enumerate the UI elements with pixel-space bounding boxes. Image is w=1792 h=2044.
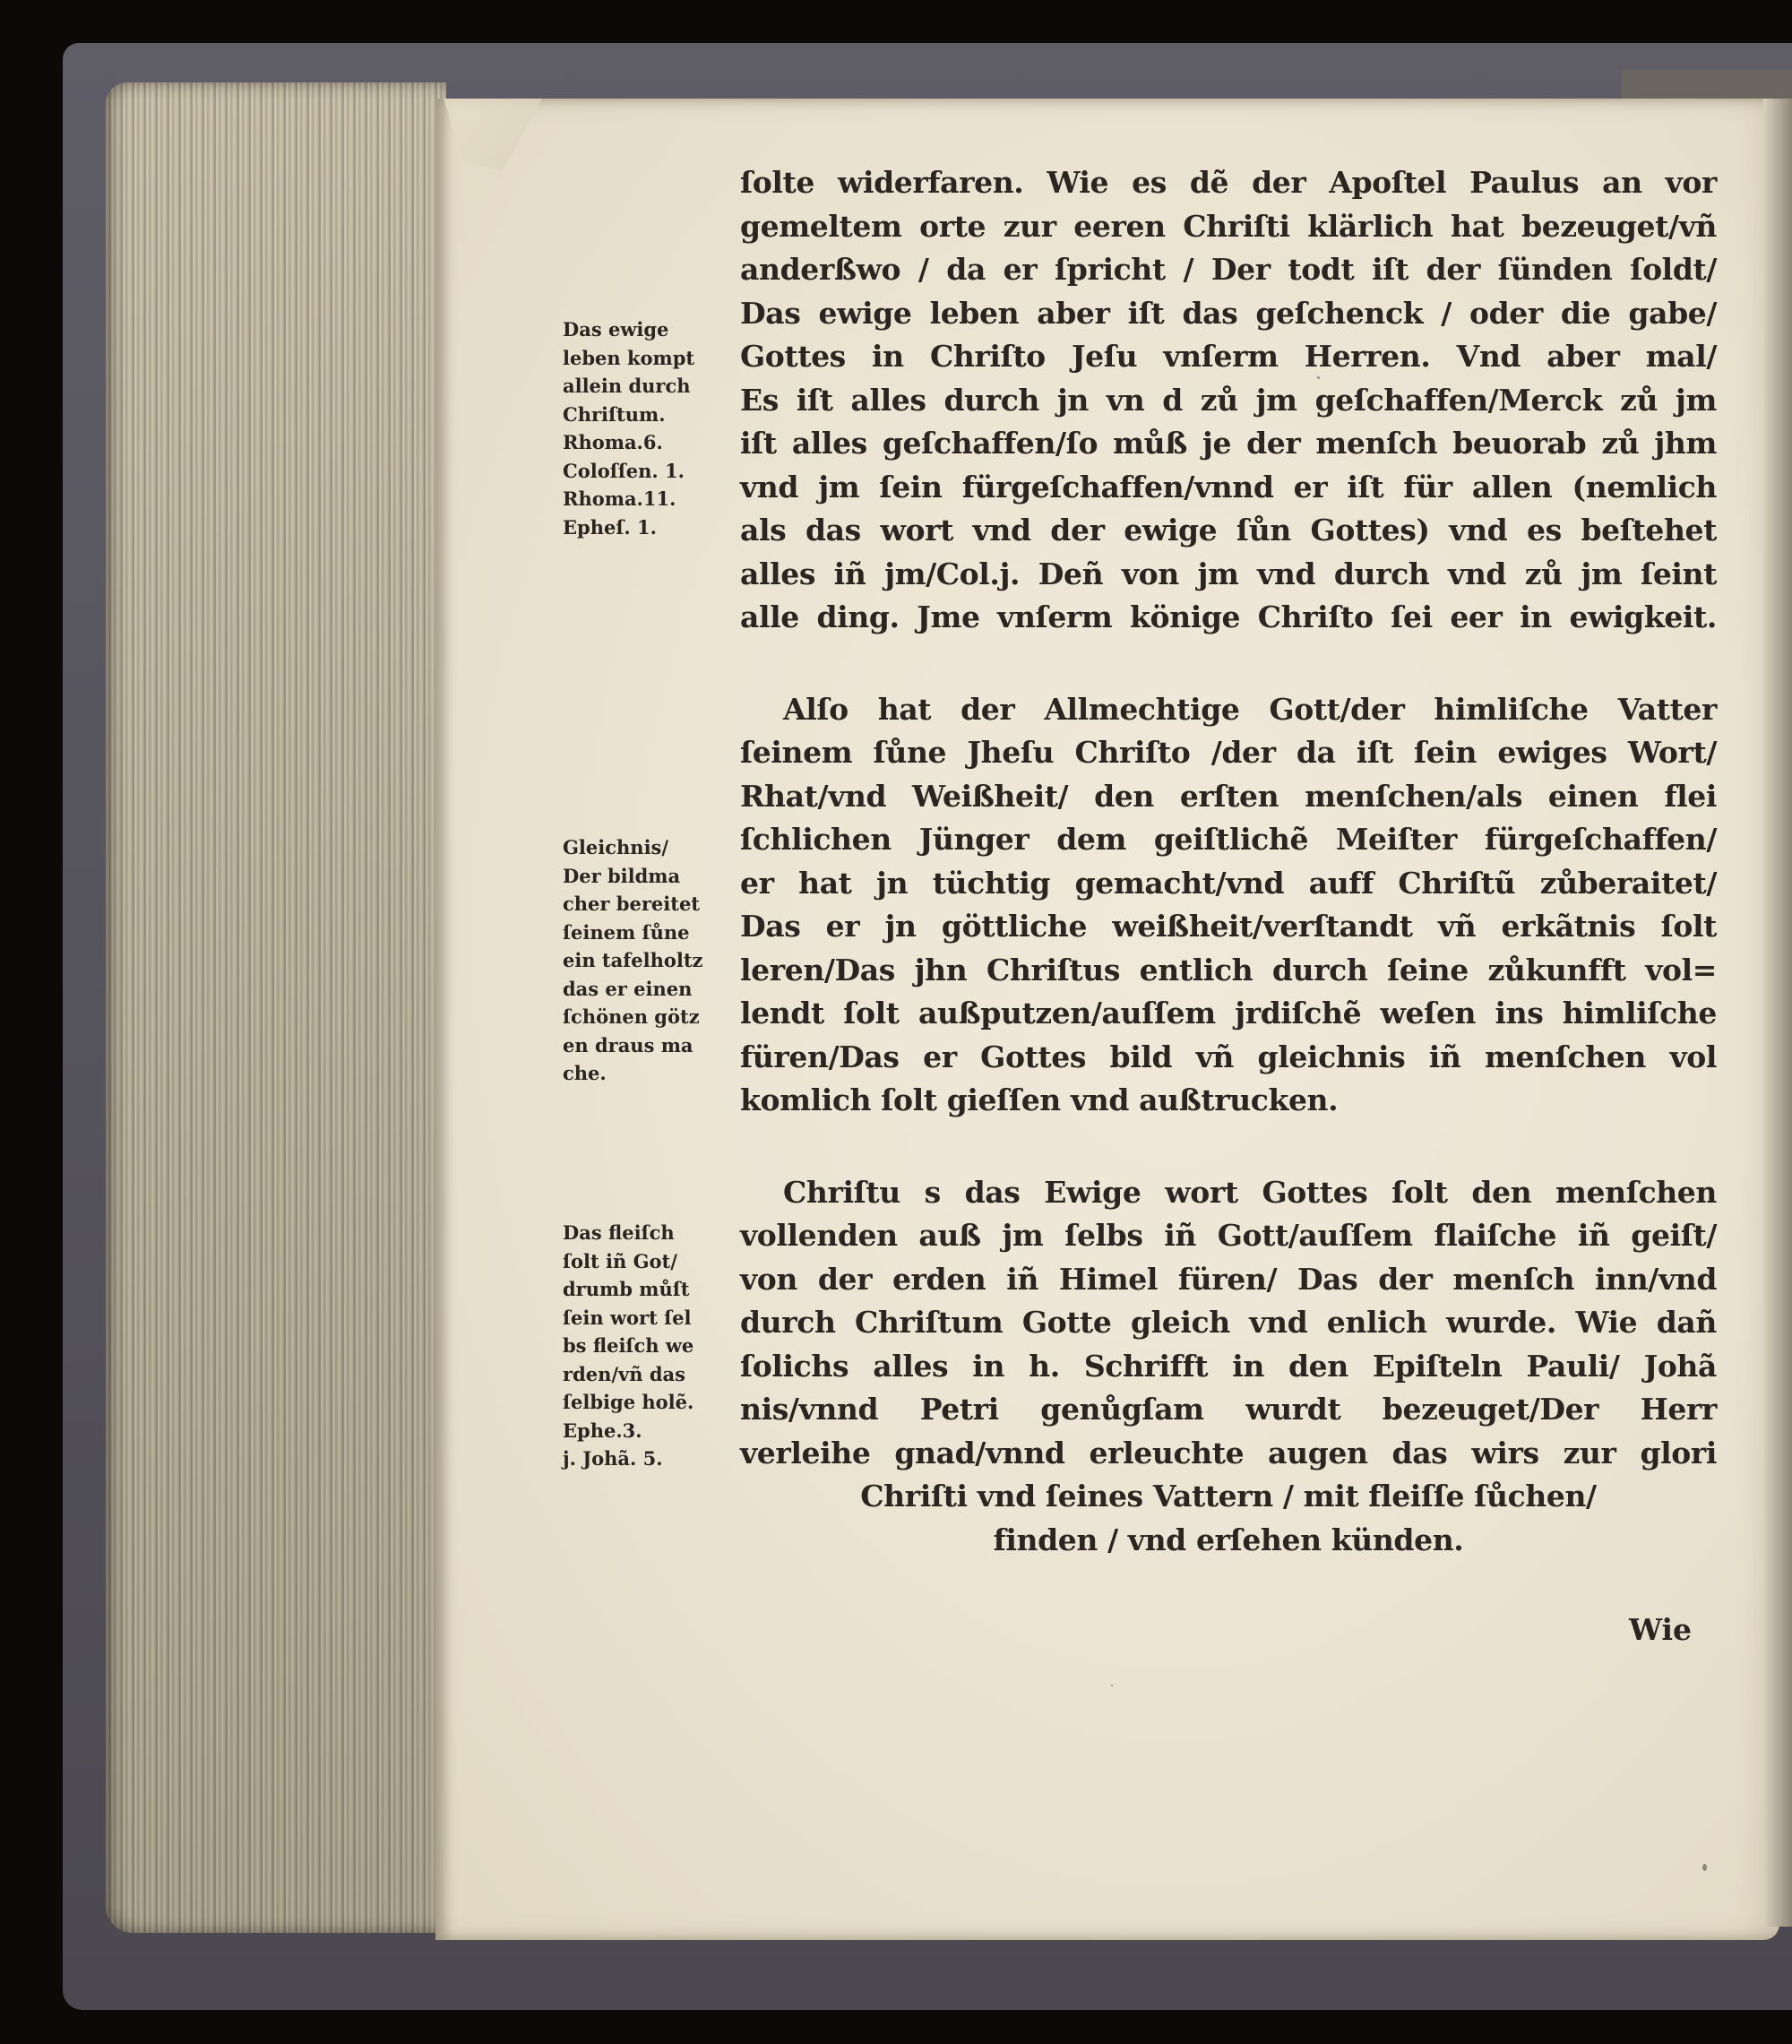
margin-note-line: bs fleiſch we <box>563 1332 742 1360</box>
text-line: komlich ſolt gieſſen vnd außtrucken. <box>740 1079 1717 1123</box>
margin-note-line: ſchönen götz <box>563 1003 742 1031</box>
text-line: füren/Das er Gottes bild vñ gleichnis iñ… <box>740 1036 1717 1080</box>
text-line: ſolichs alles in h. Schrifft in den Epiſ… <box>740 1345 1717 1389</box>
text-line: finden / vnd erſehen künden. <box>740 1519 1717 1563</box>
margin-note-line: che. <box>563 1059 742 1088</box>
paragraph-1: ſolte widerfaren. Wie es dẽ der Apoſtel … <box>740 161 1717 640</box>
text-line: durch Chriſtum Gotte gleich vnd enlich w… <box>740 1301 1717 1345</box>
paper-speck <box>1702 1864 1707 1871</box>
text-line: leren/Das jhn Chriſtus entlich durch ſei… <box>740 949 1717 993</box>
text-line: er hat jn tüchtig gemacht/vnd auff Chriſ… <box>740 862 1717 906</box>
margin-note-line: ſolt iñ Got/ <box>563 1247 742 1276</box>
margin-note-line: Rhoma.6. <box>563 428 742 457</box>
margin-note-line: allein durch <box>563 372 742 401</box>
margin-note-line: en draus ma <box>563 1031 742 1060</box>
text-line: Gottes in Chriſto Jeſu vnſerm Herren. Vn… <box>740 335 1717 379</box>
text-line: vollenden auß jm ſelbs iñ Gott/auſſem fl… <box>740 1214 1717 1258</box>
text-line: alles iñ jm/Col.j. Deñ von jm vnd durch … <box>740 553 1717 597</box>
text-line: verleihe gnad/vnnd erleuchte augen das w… <box>740 1432 1717 1476</box>
margin-note-line: Coloſſen. 1. <box>563 457 742 486</box>
margin-note-line: ein tafelholtz <box>563 946 742 975</box>
text-line: lendt ſolt außputzen/auſſem jrdiſchẽ weſ… <box>740 992 1717 1036</box>
paragraph-3: Chriſtu s das Ewige wort Gottes ſolt den… <box>740 1171 1717 1563</box>
text-line: vnd jm ſein fürgeſchaffen/vnnd er iſt fü… <box>740 466 1717 510</box>
text-line: ſolte widerfaren. Wie es dẽ der Apoſtel … <box>740 161 1717 205</box>
catchword: Wie <box>1629 1612 1692 1647</box>
margin-note-line: ſeinem ſůne <box>563 919 742 947</box>
margin-note-1: Das ewige leben kompt allein durch Chriſ… <box>563 315 742 541</box>
margin-note-line: ſelbige holẽ. <box>563 1388 742 1417</box>
margin-note-3: Das fleiſch ſolt iñ Got/ drumb můſt ſein… <box>563 1219 742 1473</box>
page-edges-stack <box>106 82 446 1933</box>
margin-note-2: Gleichnis/ Der bildma cher bereitet ſein… <box>563 833 742 1088</box>
margin-note-line: drumb můſt <box>563 1275 742 1304</box>
text-line: nis/vnnd Petri genůgſam wurdt bezeuget/D… <box>740 1388 1717 1432</box>
text-line: alle ding. Jme vnſerm könige Chriſto ſei… <box>740 596 1717 640</box>
text-line: als das wort vnd der ewige ſůn Gottes) v… <box>740 509 1717 553</box>
paper-speck <box>1317 376 1320 379</box>
margin-note-line: Gleichnis/ <box>563 833 742 862</box>
margin-note-line: Chriſtum. <box>563 401 742 429</box>
text-line: iſt alles geſchaffen/ſo můß je der menſc… <box>740 422 1717 466</box>
margin-note-line: leben kompt <box>563 344 742 373</box>
text-line: Alſo hat der Allmechtige Gott/der himliſ… <box>740 688 1717 732</box>
text-line: anderßwo / da er ſpricht / Der todt iſt … <box>740 248 1717 292</box>
text-line: ſeinem ſůne Jheſu Chriſto /der da iſt ſe… <box>740 731 1717 775</box>
text-line: Chriſti vnd ſeines Vattern / mit fleiſſe… <box>740 1475 1717 1519</box>
text-line: von der erden iñ Himel füren/ Das der me… <box>740 1258 1717 1302</box>
margin-note-line: ſein wort ſel <box>563 1304 742 1332</box>
text-line: ſchlichen Jünger dem geiſtlichẽ Meiſter … <box>740 818 1717 862</box>
text-line: Es iſt alles durch jn vn d zů jm geſchaf… <box>740 379 1717 423</box>
text-line: Das er jn göttliche weißheit/verſtandt v… <box>740 905 1717 949</box>
margin-note-line: j. Johã. 5. <box>563 1445 742 1473</box>
text-line: Rhat/vnd Weißheit/ den erſten menſchen/a… <box>740 775 1717 819</box>
page-gutter-shadow <box>1763 99 1792 1927</box>
margin-note-line: cher bereitet <box>563 890 742 919</box>
paper-speck <box>1111 1685 1113 1686</box>
margin-note-line: Das fleiſch <box>563 1219 742 1247</box>
main-text-block: ſolte widerfaren. Wie es dẽ der Apoſtel … <box>740 161 1717 1562</box>
text-line: gemeltem orte zur eeren Chriſti klärlich… <box>740 205 1717 249</box>
margin-note-line: Das ewige <box>563 315 742 344</box>
margin-note-line: das er einen <box>563 975 742 1004</box>
margin-note-line: rden/vñ das <box>563 1360 742 1389</box>
margin-note-line: Rhoma.11. <box>563 485 742 513</box>
margin-note-line: Ephe.3. <box>563 1417 742 1445</box>
margin-note-line: Der bildma <box>563 862 742 891</box>
text-line: Chriſtu s das Ewige wort Gottes ſolt den… <box>740 1171 1717 1215</box>
text-line: Das ewige leben aber iſt das geſchenck /… <box>740 292 1717 336</box>
paragraph-2: Alſo hat der Allmechtige Gott/der himliſ… <box>740 688 1717 1123</box>
margin-note-line: Epheſ. 1. <box>563 513 742 542</box>
